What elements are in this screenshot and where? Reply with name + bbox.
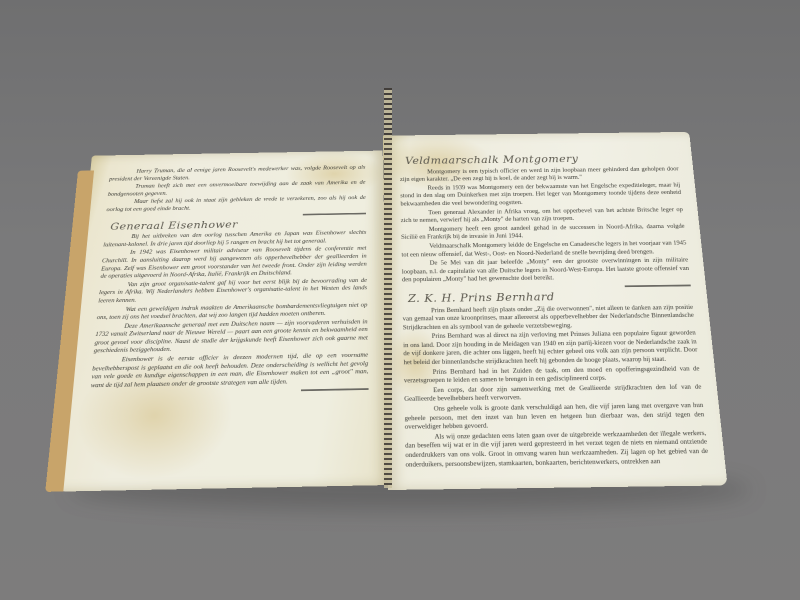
paragraph: Reeds in 1939 was Montgomery een der bek… <box>400 181 682 208</box>
section-title-bernhard: Z. K. H. Prins Bernhard <box>408 291 692 303</box>
photo-scene: Harry Truman, die al eenige jaren Roosev… <box>0 0 800 600</box>
paragraph: Prins Bernhard was al direct na zijn ver… <box>403 329 699 367</box>
paragraph: Als wij onze gedachten eens laten gaan o… <box>405 429 710 469</box>
paragraph: Ons geheele volk is groote dank verschul… <box>404 402 705 433</box>
right-page-text: Veldmaarschalk Montgomery Montgomery is … <box>399 149 709 470</box>
spiral-binding <box>384 88 392 488</box>
section-title-montgomery: Veldmaarschalk Montgomery <box>405 154 678 165</box>
paragraph: Eisenhower is de eerste officier in deez… <box>90 351 368 390</box>
left-page-text: Harry Truman, die al eenige jaren Roosev… <box>90 164 369 399</box>
section-title-eisenhower: Generaal Eisenhower <box>110 219 366 231</box>
section-divider <box>303 212 366 215</box>
left-page: Harry Truman, die al eenige jaren Roosev… <box>59 151 390 492</box>
section-divider <box>625 284 691 287</box>
paragraph: Prins Bernhard heeft zijn plaats onder „… <box>402 303 695 332</box>
section-divider <box>301 389 369 392</box>
paragraph: Deze Amerikaansche generaal met een Duit… <box>93 318 368 356</box>
right-page: Veldmaarschalk Montgomery Montgomery is … <box>383 132 728 490</box>
paragraph: In 1942 was Eisenhower militair adviseur… <box>100 245 367 281</box>
paragraph: De 5e Mei van dit jaar beleefde „Monty" … <box>402 256 691 284</box>
